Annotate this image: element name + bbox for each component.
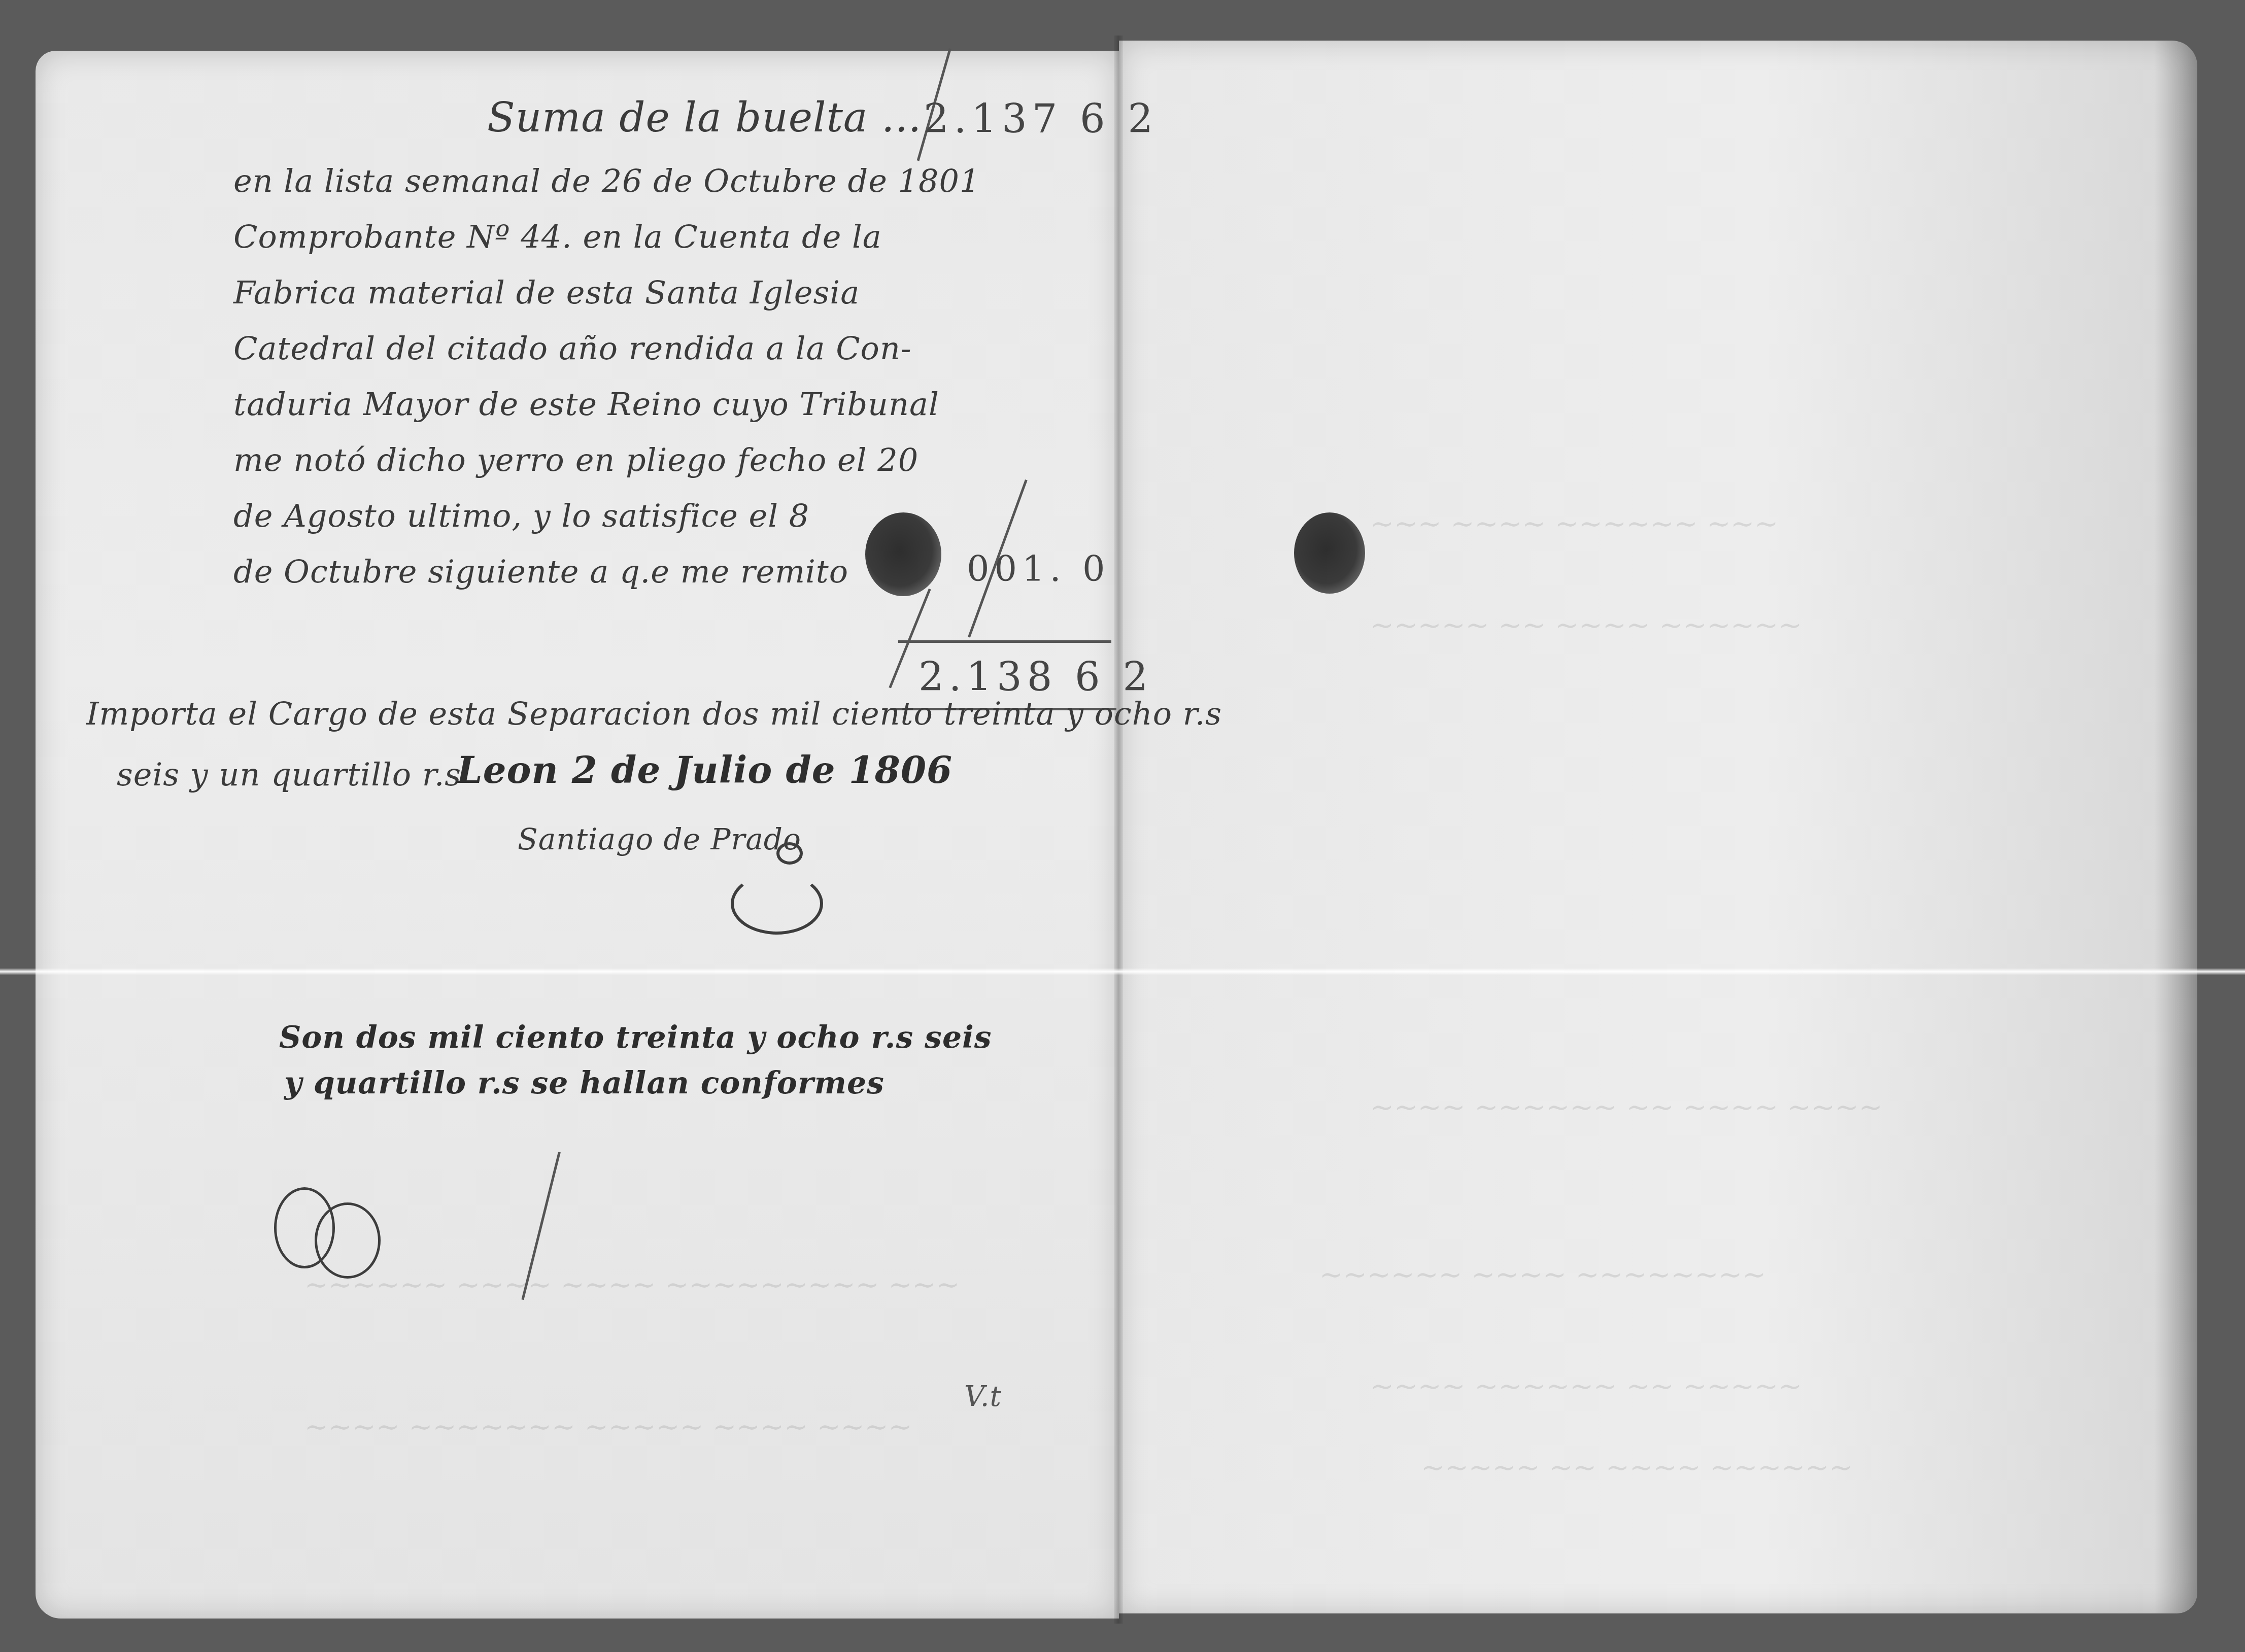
bleed-through-text: ~~~~~ ~~ ~~~~ ~~~~~~: [1370, 609, 1802, 642]
rubric-mark: [315, 1202, 381, 1279]
bleed-through-text: ~~~~~ ~~ ~~~~ ~~~~~~: [1421, 1451, 1853, 1484]
sum-rule: [898, 640, 1111, 643]
entry-amount-figure: 001. 0: [967, 548, 1110, 590]
carried-total-figure: 2.137 6 2: [924, 96, 1158, 142]
signature-rubric: [731, 873, 823, 935]
manuscript-scan: ~~~ ~~~~ ~~~~~~ ~~~ ~~~~~ ~~ ~~~~ ~~~~~~…: [0, 0, 2245, 1652]
entry-line: taduria Mayor de este Reino cuyo Tribuna…: [233, 386, 939, 423]
book-gutter: [1114, 36, 1123, 1624]
entry-line: Fabrica material de esta Santa Iglesia: [233, 274, 860, 311]
place-date: Leon 2 de Julio de 1806: [457, 748, 953, 791]
punch-hole: [1294, 512, 1365, 594]
entry-line: me notó dicho yerro en pliego fecho el 2…: [233, 441, 919, 478]
bleed-through-text: ~~~~ ~~~~~~~ ~~~~~ ~~~~ ~~~~: [304, 1410, 912, 1443]
entry-line: de Agosto ultimo, y lo satisfice el 8: [233, 497, 809, 534]
signature-rubric: [776, 842, 803, 865]
punch-hole: [865, 512, 941, 596]
margin-mark: V.t: [964, 1380, 1002, 1413]
fold-crease: [0, 968, 2245, 975]
entry-line: de Octubre siguiente a q.e me remito: [233, 553, 848, 590]
entry-line: Comprobante Nº 44. en la Cuenta de la: [233, 218, 882, 255]
heading-suma-de-la-buelta: Suma de la buelta ...: [487, 94, 922, 141]
bleed-through-text: ~~~~~~ ~~~~ ~~~~~~~~: [1319, 1258, 1766, 1291]
entry-line: en la lista semanal de 26 de Octubre de …: [233, 162, 980, 199]
bleed-through-text: ~~~ ~~~~ ~~~~~~ ~~~: [1370, 507, 1778, 540]
bleed-through-text: ~~~~ ~~~~~~ ~~ ~~~~ ~~~~: [1370, 1091, 1883, 1124]
importa-line: seis y un quartillo r.s: [117, 756, 461, 793]
signatory-name: Santiago de Prado: [518, 822, 801, 856]
importa-line: Importa el Cargo de esta Separacion dos …: [86, 695, 1222, 732]
bleed-through-text: ~~~~ ~~~~~~ ~~ ~~~~~: [1370, 1370, 1802, 1403]
bleed-through-text: ~~~~~~ ~~~~ ~~~~ ~~~~~~~~~ ~~~: [304, 1268, 960, 1301]
approval-line: y quartillo r.s se hallan conformes: [284, 1065, 885, 1101]
entry-line: Catedral del citado año rendida a la Con…: [233, 330, 912, 367]
grand-total-figure: 2.138 6 2: [919, 655, 1153, 700]
approval-line: Son dos mil ciento treinta y ocho r.s se…: [279, 1020, 992, 1055]
